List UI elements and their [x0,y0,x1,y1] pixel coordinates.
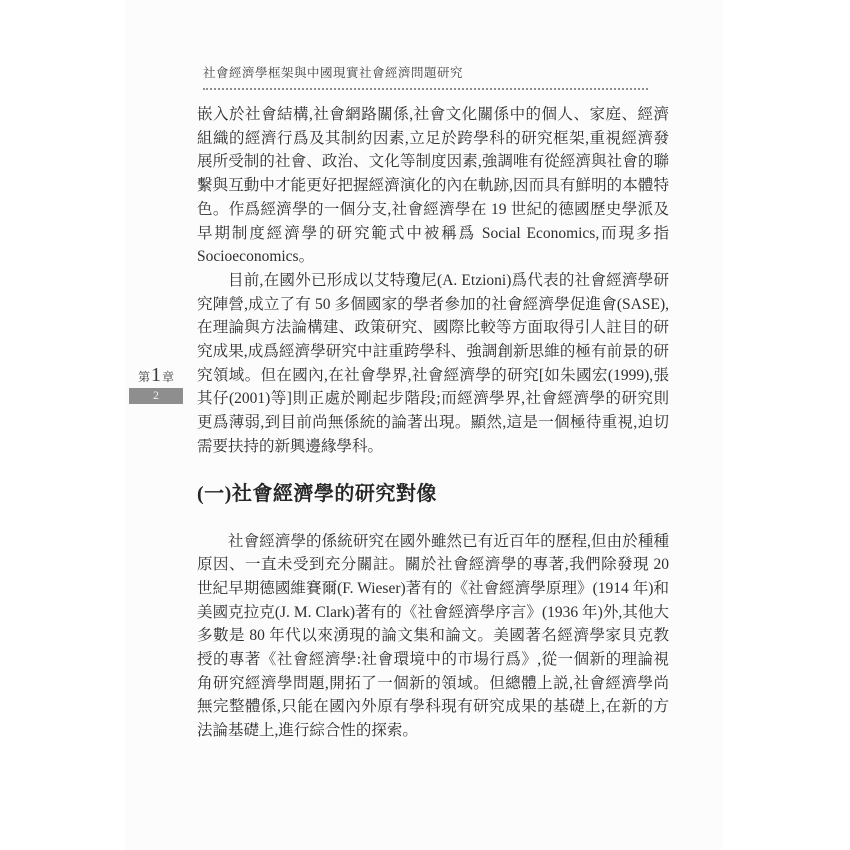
chapter-label: 第 1 章 [129,365,183,385]
running-header-title: 社會經濟學框架與中國現實社會經濟問題研究 [203,66,463,80]
chapter-suffix: 章 [162,368,174,385]
chapter-prefix: 第 [138,368,150,385]
chapter-number: 1 [151,365,161,385]
page-number: 2 [153,390,159,402]
page-number-badge: 2 [129,388,183,404]
body-paragraph-continued: 嵌入於社會結構,社會網路關係,社會文化關係中的個人、家庭、經濟組織的經濟行爲及其… [197,103,669,269]
body-paragraph-3: 社會經濟學的係統研究在國外雖然已有近百年的歷程,但由於種種原因、一直未受到充分關… [197,530,669,743]
body-paragraph-2: 目前,在國外已形成以艾特瓊尼(A. Etzioni)爲代表的社會經濟學研究陣營,… [197,269,669,459]
section-heading: (一)社會經濟學的研究對像 [197,480,669,508]
running-header: 社會經濟學框架與中國現實社會經濟問題研究 [203,66,648,90]
chapter-marker: 第 1 章 2 [129,365,183,404]
main-text-column: 嵌入於社會結構,社會網路關係,社會文化關係中的個人、家庭、經濟組織的經濟行爲及其… [197,103,669,743]
